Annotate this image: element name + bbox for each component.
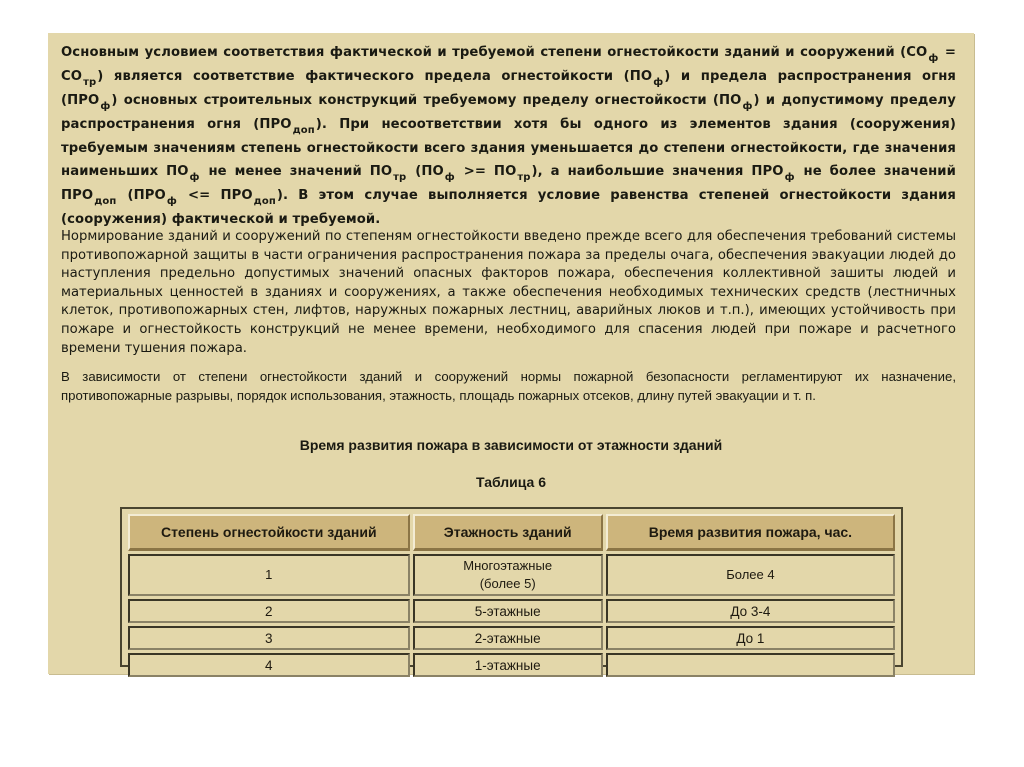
cell-degree: 4: [128, 653, 410, 677]
document-panel: Основным условием соответствия фактическ…: [48, 33, 974, 674]
paragraph-fire-resistance-condition: Основным условием соответствия фактическ…: [61, 41, 956, 231]
cell-time: До 1: [606, 626, 895, 650]
subscript: ф: [741, 101, 753, 112]
table-row: 1 Многоэтажные(более 5) Более 4: [128, 554, 895, 596]
header-floors: Этажность зданий: [413, 514, 603, 551]
table-row: 2 5-этажные До 3-4: [128, 599, 895, 623]
table-label: Таблица 6: [48, 474, 974, 490]
cell-degree: 2: [128, 599, 410, 623]
subscript: ф: [444, 172, 456, 183]
cell-degree: 1: [128, 554, 410, 596]
subscript: ф: [927, 53, 939, 64]
subscript: ф: [166, 196, 178, 207]
table-title: Время развития пожара в зависимости от э…: [48, 437, 974, 453]
table-row: 4 1-этажные: [128, 653, 895, 677]
cell-degree: 3: [128, 626, 410, 650]
cell-floors: 5-этажные: [413, 599, 603, 623]
fire-development-table: Степень огнестойкости зданий Этажность з…: [120, 507, 903, 667]
subscript: тр: [392, 172, 407, 183]
cell-floors: 1-этажные: [413, 653, 603, 677]
cell-time: [606, 653, 895, 677]
subscript: ф: [652, 77, 664, 88]
subscript: тр: [82, 77, 97, 88]
subscript: тр: [516, 172, 531, 183]
subscript: доп: [292, 125, 316, 136]
cell-time: До 3-4: [606, 599, 895, 623]
header-fire-resistance-degree: Степень огнестойкости зданий: [128, 514, 410, 551]
paragraph-safety-norms: В зависимости от степени огнестойкости з…: [61, 367, 956, 405]
paragraph-normalization: Нормирование зданий и сооружений по степ…: [61, 228, 956, 358]
subscript: ф: [99, 101, 111, 112]
cell-time: Более 4: [606, 554, 895, 596]
table-header-row: Степень огнестойкости зданий Этажность з…: [128, 514, 895, 551]
cell-floors: 2-этажные: [413, 626, 603, 650]
subscript: доп: [93, 196, 117, 207]
cell-floors: Многоэтажные(более 5): [413, 554, 603, 596]
subscript: ф: [784, 172, 796, 183]
header-fire-time: Время развития пожара, час.: [606, 514, 895, 551]
subscript: доп: [253, 196, 277, 207]
cell-floors-text: Многоэтажные(более 5): [463, 558, 552, 591]
subscript: ф: [189, 172, 201, 183]
table-row: 3 2-этажные До 1: [128, 626, 895, 650]
